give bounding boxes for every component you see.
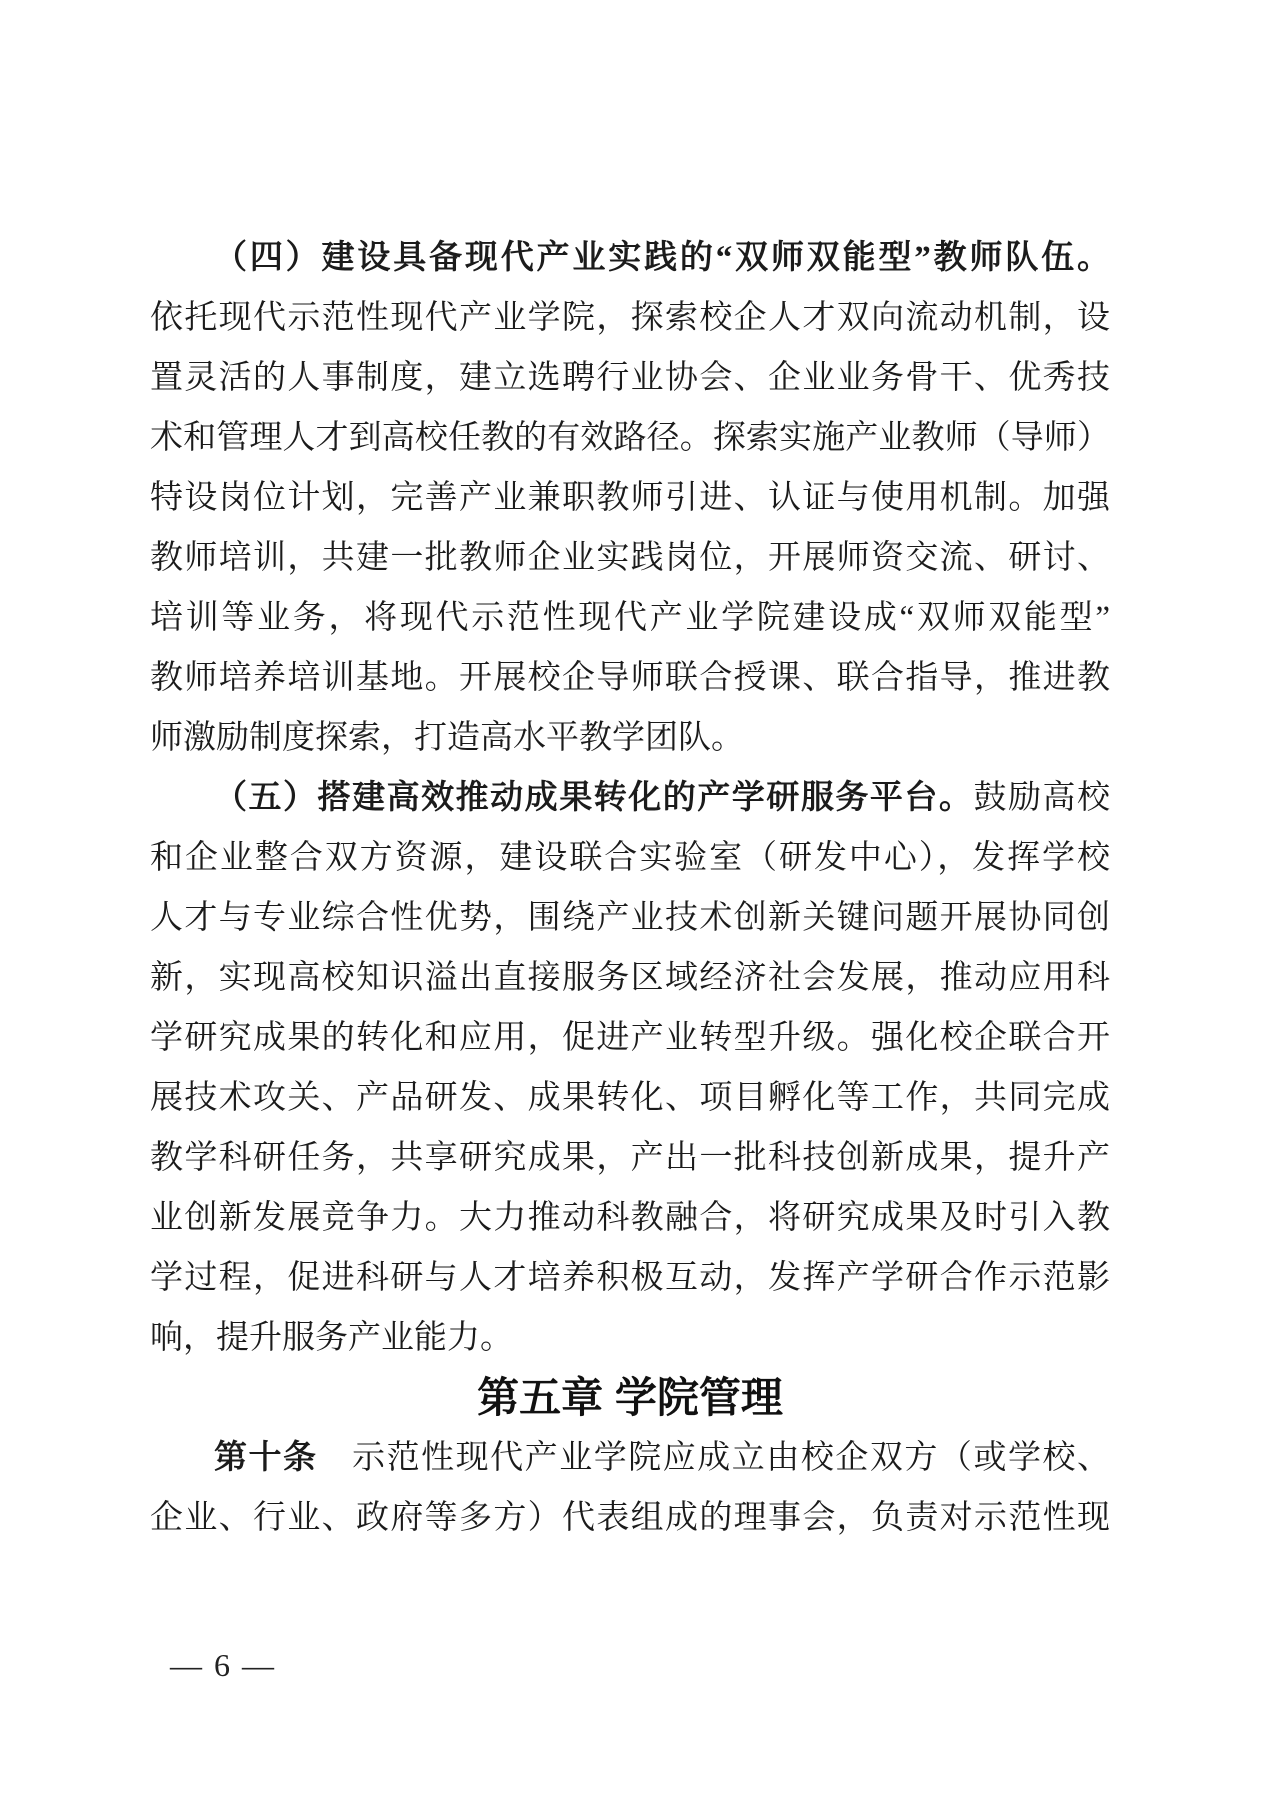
text-line: 依托现代示范性现代产业学院，探索校企人才双向流动机制，设 — [150, 288, 1110, 348]
text-line: 展技术攻关、产品研发、成果转化、项目孵化等工作，共同完成 — [150, 1068, 1110, 1128]
text-segment: 培训等业务，将现代示范性现代产业学院建设成“双师双能型” — [150, 600, 1110, 636]
text-line: 学研究成果的转化和应用，促进产业转型升级。强化校企联合开 — [150, 1008, 1110, 1068]
section-item-4: （四）建设具备现代产业实践的“双师双能型”教师队伍。依托现代示范性现代产业学院，… — [150, 228, 1110, 768]
text-segment: 鼓励高校 — [973, 780, 1110, 816]
article-10: 第十条 示范性现代产业学院应成立由校企双方（或学校、企业、行业、政府等多方）代表… — [150, 1428, 1110, 1548]
text-line: 响，提升服务产业能力。 — [150, 1308, 1110, 1368]
document-page: （四）建设具备现代产业实践的“双师双能型”教师队伍。依托现代示范性现代产业学院，… — [0, 0, 1272, 1800]
text-line: 新，实现高校知识溢出直接服务区域经济社会发展，推动应用科 — [150, 948, 1110, 1008]
text-line: 置灵活的人事制度，建立选聘行业协会、企业业务骨干、优秀技 — [150, 348, 1110, 408]
text-segment: 示范性现代产业学院应成立由校企双方（或学校、 — [318, 1440, 1110, 1476]
text-segment: 教师培养培训基地。开展校企导师联合授课、联合指导，推进教 — [150, 660, 1110, 696]
text-segment: 学过程，促进科研与人才培养积极互动，发挥产学研合作示范影 — [150, 1260, 1110, 1296]
text-segment: 人才与专业综合性优势，围绕产业技术创新关键问题开展协同创 — [150, 900, 1110, 936]
text-line: 师激励制度探索，打造高水平教学团队。 — [150, 708, 1110, 768]
text-line: （五）搭建高效推动成果转化的产学研服务平台。鼓励高校 — [150, 768, 1110, 828]
text-segment: 响，提升服务产业能力。 — [150, 1320, 513, 1356]
text-segment: 业创新发展竞争力。大力推动科教融合，将研究成果及时引入教 — [150, 1200, 1110, 1236]
text-segment: 企业、行业、政府等多方）代表组成的理事会，负责对示范性现 — [150, 1500, 1110, 1536]
text-line: 术和管理人才到高校任教的有效路径。探索实施产业教师（导师） — [150, 408, 1110, 468]
chapter-heading: 第五章 学院管理 — [150, 1368, 1110, 1428]
text-line: 培训等业务，将现代示范性现代产业学院建设成“双师双能型” — [150, 588, 1110, 648]
text-segment: 依托现代示范性现代产业学院，探索校企人才双向流动机制，设 — [150, 300, 1110, 336]
bold-text-segment: 第十条 — [214, 1440, 318, 1476]
text-line: 学过程，促进科研与人才培养积极互动，发挥产学研合作示范影 — [150, 1248, 1110, 1308]
text-segment: 教师培训，共建一批教师企业实践岗位，开展师资交流、研讨、 — [150, 540, 1110, 576]
document-body: （四）建设具备现代产业实践的“双师双能型”教师队伍。依托现代示范性现代产业学院，… — [150, 228, 1110, 1548]
text-segment: 新，实现高校知识溢出直接服务区域经济社会发展，推动应用科 — [150, 960, 1110, 996]
text-line: 特设岗位计划，完善产业兼职教师引进、认证与使用机制。加强 — [150, 468, 1110, 528]
bold-text-segment: （五）搭建高效推动成果转化的产学研服务平台。 — [214, 780, 973, 816]
bold-text-segment: （四）建设具备现代产业实践的“双师双能型”教师队伍。 — [214, 240, 1110, 276]
text-segment: 和企业整合双方资源，建设联合实验室（研发中心），发挥学校 — [150, 840, 1110, 876]
text-line: 第十条 示范性现代产业学院应成立由校企双方（或学校、 — [150, 1428, 1110, 1488]
text-line: 人才与专业综合性优势，围绕产业技术创新关键问题开展协同创 — [150, 888, 1110, 948]
text-line: 企业、行业、政府等多方）代表组成的理事会，负责对示范性现 — [150, 1488, 1110, 1548]
text-segment: 学研究成果的转化和应用，促进产业转型升级。强化校企联合开 — [150, 1020, 1110, 1056]
text-line: 教师培训，共建一批教师企业实践岗位，开展师资交流、研讨、 — [150, 528, 1110, 588]
text-segment: 置灵活的人事制度，建立选聘行业协会、企业业务骨干、优秀技 — [150, 360, 1110, 396]
section-item-5: （五）搭建高效推动成果转化的产学研服务平台。鼓励高校和企业整合双方资源，建设联合… — [150, 768, 1110, 1368]
text-segment: 特设岗位计划，完善产业兼职教师引进、认证与使用机制。加强 — [150, 480, 1110, 516]
text-line: 业创新发展竞争力。大力推动科教融合，将研究成果及时引入教 — [150, 1188, 1110, 1248]
text-line: 教学科研任务，共享研究成果，产出一批科技创新成果，提升产 — [150, 1128, 1110, 1188]
text-segment: 术和管理人才到高校任教的有效路径。探索实施产业教师（导师） — [150, 420, 1110, 456]
page-number: — 6 — — [170, 1635, 276, 1695]
text-segment: 教学科研任务，共享研究成果，产出一批科技创新成果，提升产 — [150, 1140, 1110, 1176]
text-segment: 展技术攻关、产品研发、成果转化、项目孵化等工作，共同完成 — [150, 1080, 1110, 1116]
text-segment: 师激励制度探索，打造高水平教学团队。 — [150, 720, 744, 756]
text-line: 教师培养培训基地。开展校企导师联合授课、联合指导，推进教 — [150, 648, 1110, 708]
text-line: 和企业整合双方资源，建设联合实验室（研发中心），发挥学校 — [150, 828, 1110, 888]
text-line: （四）建设具备现代产业实践的“双师双能型”教师队伍。 — [150, 228, 1110, 288]
